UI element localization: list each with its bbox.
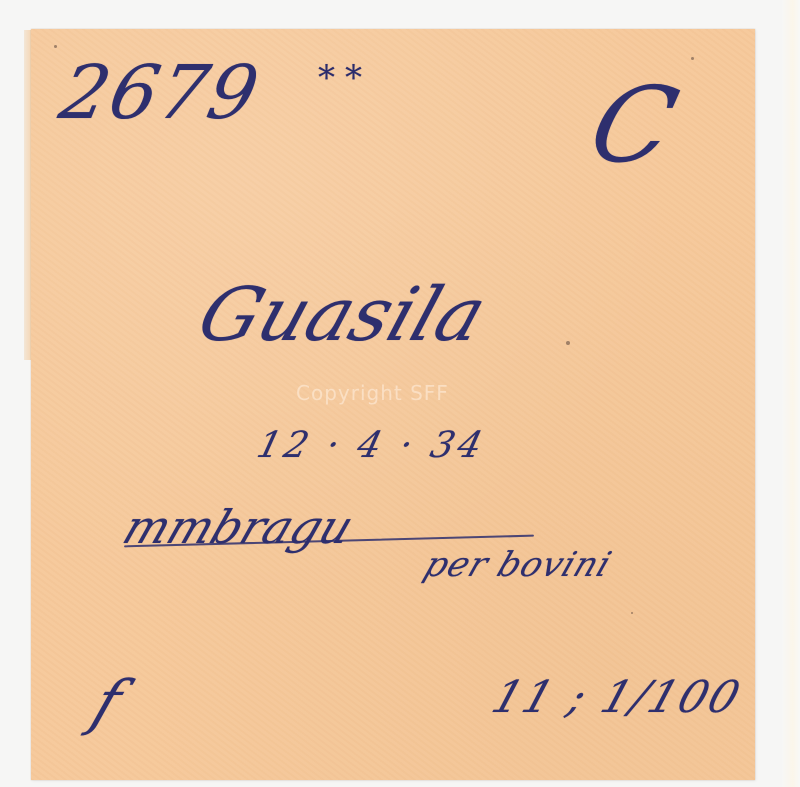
paper-speck xyxy=(691,57,694,60)
exposure-settings: 11 ; 1/100 xyxy=(486,672,748,723)
place-name: Guasila xyxy=(188,272,496,358)
date: 12 · 4 · 34 xyxy=(253,425,490,466)
catalog-number: 2679 xyxy=(53,50,268,136)
catalog-asterisk-marks: ** xyxy=(318,58,372,98)
description-subtitle: per bovini xyxy=(419,545,618,585)
paper-speck xyxy=(631,612,633,614)
copyright-watermark: Copyright SFF xyxy=(296,381,449,405)
paper-speck xyxy=(54,45,57,48)
scan-backdrop-edge xyxy=(782,0,800,787)
paper-speck xyxy=(566,341,570,345)
